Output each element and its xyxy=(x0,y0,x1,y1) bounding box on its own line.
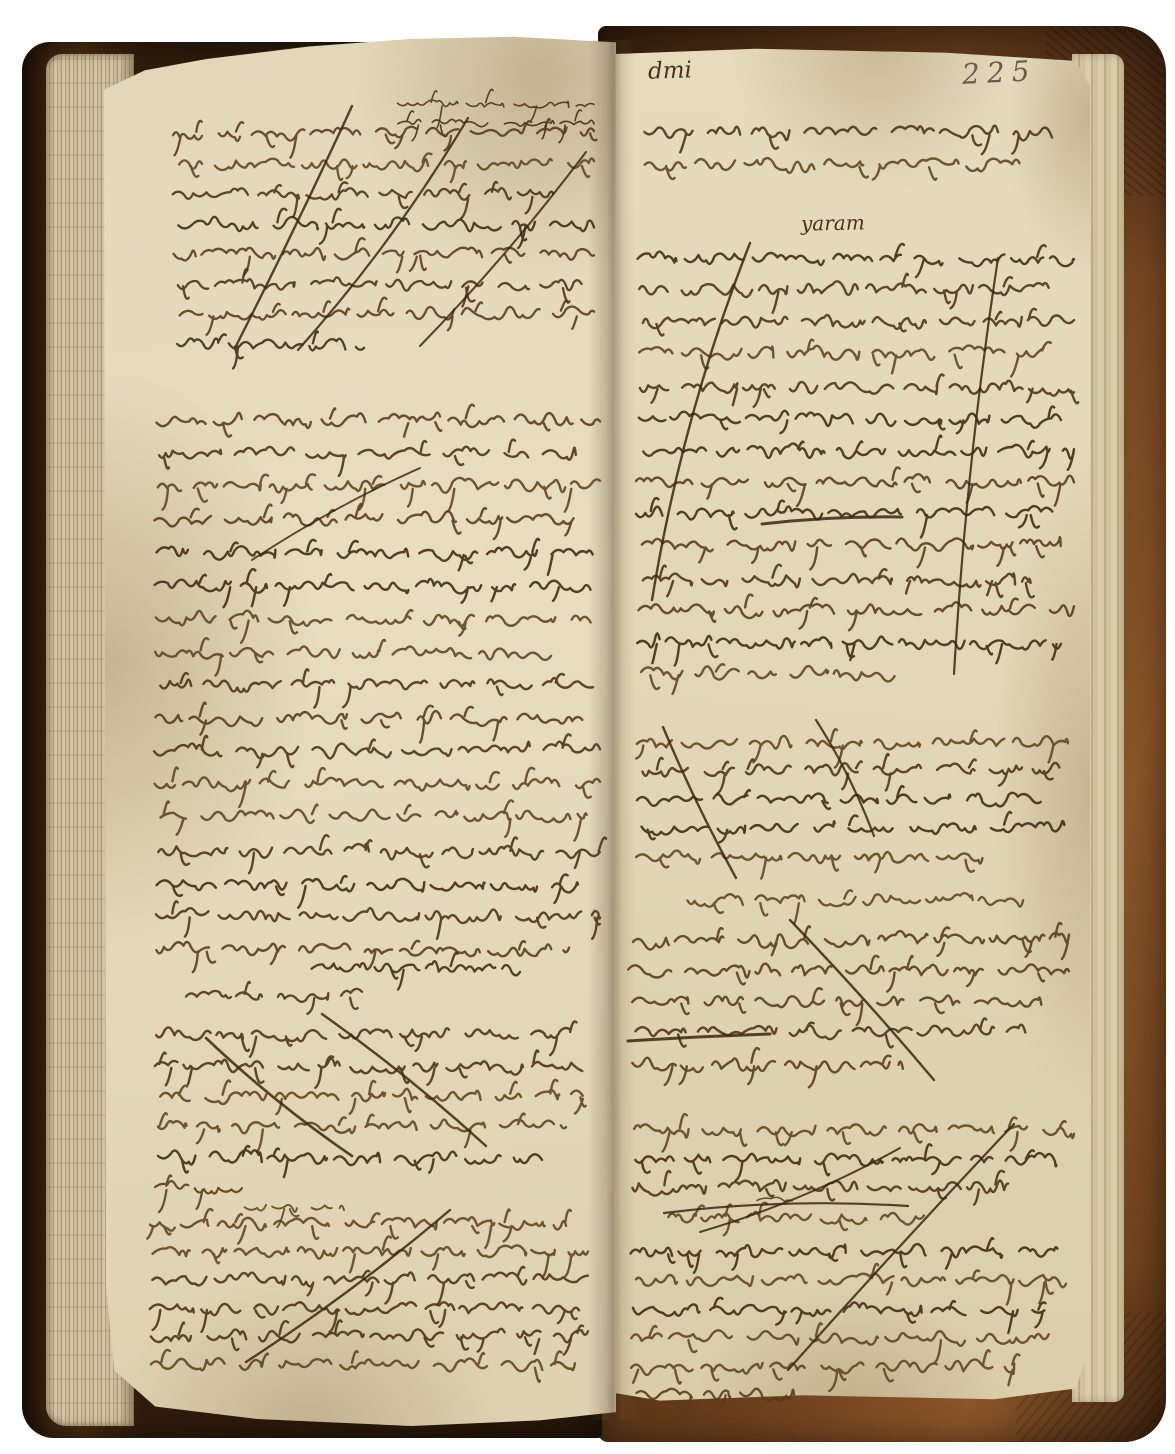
marginal-heading: yaram xyxy=(801,210,865,235)
left-page xyxy=(104,34,616,1426)
page-number: 225 xyxy=(961,54,1037,91)
right-page xyxy=(612,46,1090,1402)
manuscript-photograph: dmi 225 yaram xyxy=(0,0,1175,1454)
header-note: dmi xyxy=(648,57,693,85)
